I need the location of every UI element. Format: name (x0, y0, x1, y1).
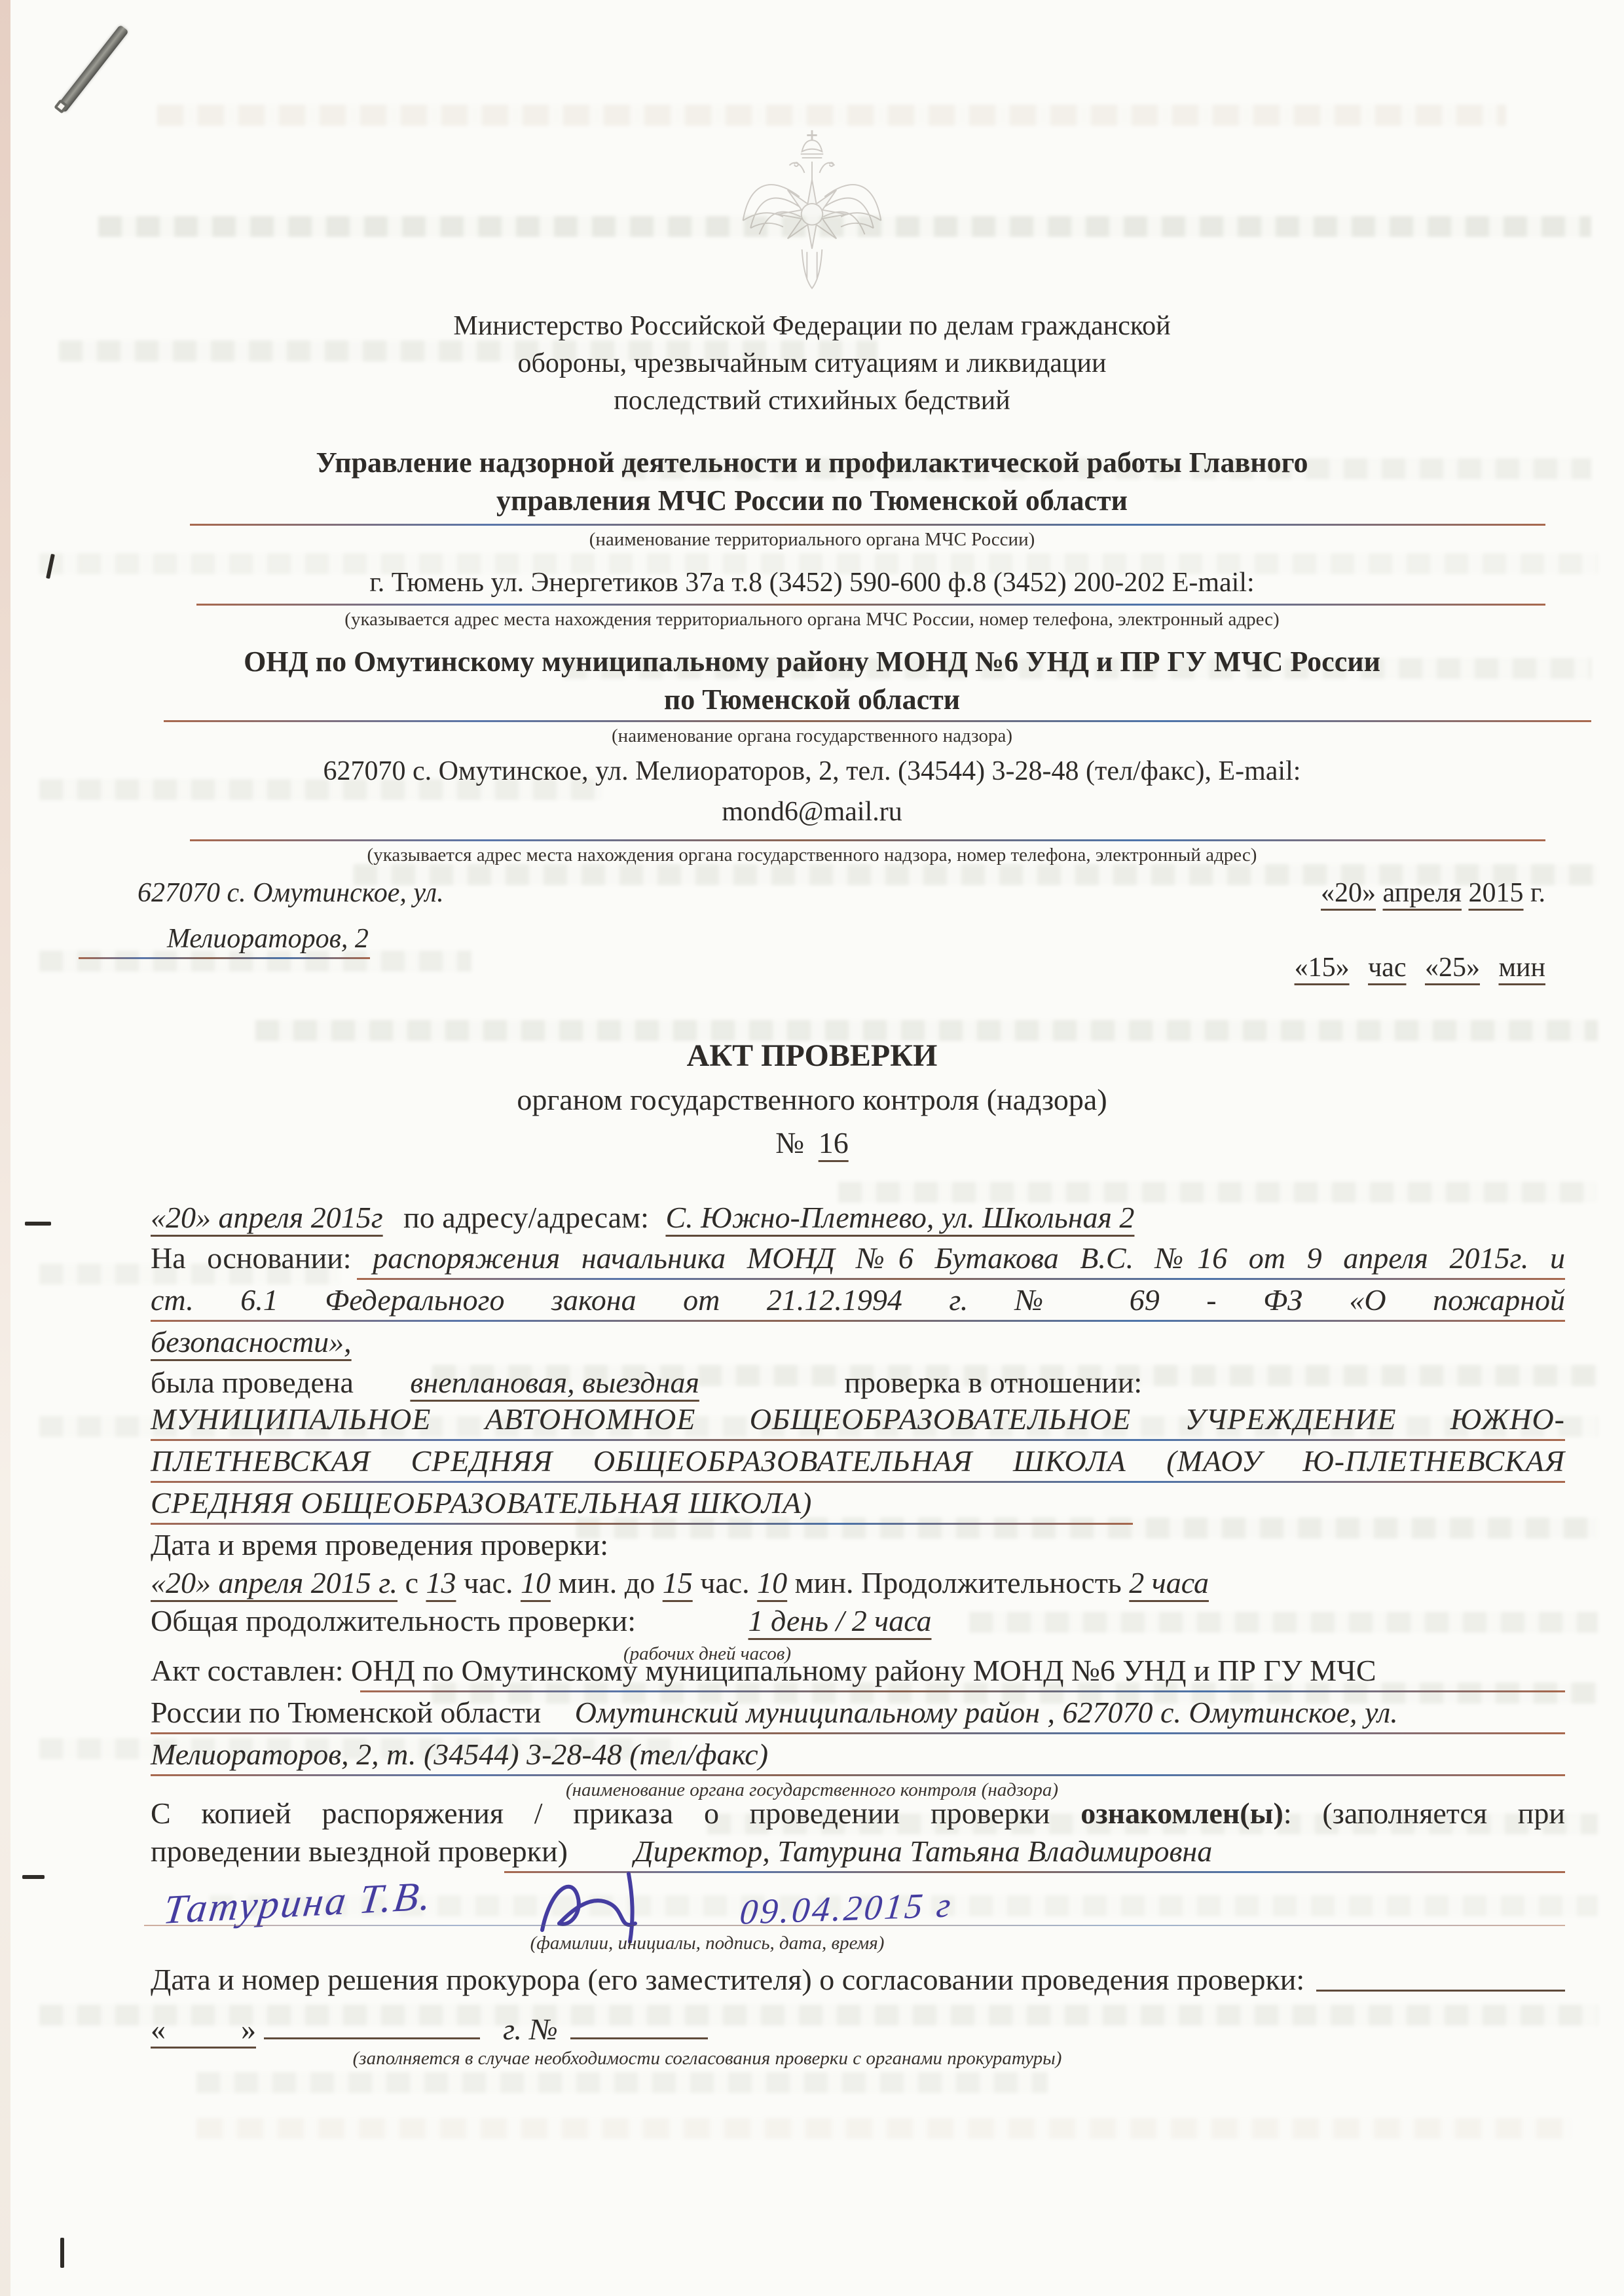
underline-rule (151, 1320, 1565, 1322)
act-title: АКТ ПРОВЕРКИ (115, 1038, 1509, 1074)
ond-title-line: по Тюменской области (115, 681, 1509, 719)
underline-rule (357, 1278, 1565, 1280)
org-name-line: МУНИЦИПАЛЬНОЕ АВТОНОМНОЕ ОБЩЕОБРАЗОВАТЕЛ… (151, 1401, 1565, 1438)
prosecutor-label: Дата и номер решения прокурора (его заме… (151, 1961, 1304, 1998)
prosecutor-number-label: г. № (503, 2013, 558, 2046)
act-date-year: 2015 (1469, 878, 1524, 908)
composed-line-3: Мелиораторов, 2, т. (34544) 3-28-48 (тел… (151, 1736, 1565, 1773)
underline-rule (196, 604, 1545, 606)
underline-rule (151, 1774, 1565, 1776)
underline-rule (151, 1732, 1565, 1734)
conducted-type: внеплановая, выездная (410, 1366, 699, 1399)
ond-address: 627070 с. Омутинское, ул. Мелиораторов, … (115, 754, 1509, 829)
conducted-post: проверка в отношении: (844, 1366, 1142, 1399)
composed-value-italic: Омутинский муниципальному район , 627070… (575, 1696, 1398, 1729)
basis-line-1: На основании: распоряжения начальника МО… (151, 1240, 1565, 1277)
ack-post: : (заполняется при (1283, 1796, 1565, 1830)
org-name-line: ПЛЕТНЕВСКАЯ СРЕДНЯЯ ОБЩЕОБРАЗОВАТЕЛЬНАЯ … (151, 1443, 1565, 1480)
dt-text: с (405, 1566, 418, 1599)
department-title-line: Управление надзорной деятельности и проф… (115, 444, 1509, 482)
dt-min-to: 10 (757, 1566, 787, 1599)
ond-caption: (наименование органа государственного на… (115, 725, 1509, 747)
ack-line2-pre: проведении выездной проверки) (151, 1834, 568, 1868)
prosecutor-line-2: « » г. № (151, 2007, 1565, 2048)
underline-rule (190, 524, 1545, 526)
act-time: «15» час «25» мин (1048, 951, 1545, 985)
dt-duration: 2 часа (1129, 1566, 1209, 1599)
act-date-day: «20» (1321, 878, 1376, 908)
pen-mark (25, 1222, 51, 1226)
underline-rule (151, 1439, 1565, 1441)
dt-text: мин. (795, 1566, 854, 1599)
act-place-line: 627070 с. Омутинское, ул. (138, 876, 596, 910)
act-number-sign: № (775, 1126, 804, 1159)
ond-title: ОНД по Омутинскому муниципальному району… (115, 643, 1509, 719)
act-time-min: «25» (1425, 953, 1480, 983)
dt-text: мин. до (558, 1566, 655, 1599)
ond-address-caption: (указывается адрес места нахождения орга… (115, 845, 1509, 866)
prosecutor-caption: (заполняется в случае необходимости согл… (151, 2048, 1264, 2069)
conducted-pre: была проведена (151, 1366, 354, 1399)
ministry-header: Министерство Российской Федерации по дел… (115, 308, 1509, 420)
department-address-caption: (указывается адрес места нахождения терр… (115, 609, 1509, 630)
duration-label: Общая продолжительность проверки: (151, 1604, 636, 1637)
act-place: 627070 с. Омутинское, ул. Мелиораторов, … (138, 876, 596, 956)
datetime-label: Дата и время проведения проверки: (151, 1527, 1565, 1563)
underline-rule (164, 720, 1591, 722)
underline-rule (79, 957, 370, 959)
blank-underline (1316, 1990, 1565, 1992)
underline-rule (144, 1925, 1565, 1926)
org-name-line: СРЕДНЯЯ ОБЩЕОБРАЗОВАТЕЛЬНАЯ ШКОЛА) (151, 1485, 1565, 1522)
composed-value: России по Тюменской области (151, 1696, 541, 1729)
department-address: г. Тюмень ул. Энергетиков 37а т.8 (3452)… (115, 566, 1509, 600)
basis-line-3: безопасности», (151, 1324, 1565, 1360)
visit-line: «20» апреля 2015г по адресу/адресам: С. … (151, 1199, 1565, 1236)
pen-mark (60, 2238, 64, 2268)
dt-hour-from: 13 (426, 1566, 456, 1599)
basis-value-end: безопасности», (151, 1325, 352, 1358)
dt-text: час. (700, 1566, 749, 1599)
address-label: по адресу/адресам: (403, 1201, 649, 1234)
address-value: С. Южно-Плетнево, ул. Школьная 2 (665, 1201, 1134, 1234)
dt-min-from: 10 (521, 1566, 551, 1599)
pen-mark (22, 1875, 45, 1879)
ack-director-name: Директор, Татурина Татьяна Владимировна (634, 1834, 1212, 1868)
basis-label: На основании: (151, 1241, 352, 1275)
prosecutor-date-quotes: « » (151, 2013, 256, 2046)
duration-line: Общая продолжительность проверки: 1 день… (151, 1603, 1565, 1639)
ack-pre: С копией распоряжения / приказа о провед… (151, 1796, 1050, 1830)
ministry-line: последствий стихийных бедствий (115, 382, 1509, 420)
act-time-hour: «15» (1295, 953, 1350, 983)
dt-text: час. (464, 1566, 513, 1599)
composed-line-1: Акт составлен: ОНД по Омутинскому муници… (151, 1652, 1565, 1689)
act-date-suffix: г. (1530, 878, 1545, 908)
underline-rule (151, 1481, 1565, 1483)
prosecutor-line-1: Дата и номер решения прокурора (его заме… (151, 1961, 1565, 1998)
underline-rule (190, 839, 1545, 841)
underline-rule (151, 1523, 1133, 1525)
composed-label: Акт составлен: (151, 1654, 344, 1687)
act-time-hour-label: час (1368, 953, 1406, 983)
basis-value: распоряжения начальника МОНД №6 Бутакова… (373, 1241, 1565, 1275)
bleedthrough-artifact (196, 2072, 1048, 2093)
act-number-value: 16 (819, 1126, 849, 1159)
scanned-act-page: Министерство Российской Федерации по дел… (0, 0, 1624, 2296)
bleedthrough-artifact (196, 2118, 1572, 2139)
act-date-month: апреля (1383, 878, 1462, 908)
underline-rule (360, 1690, 1565, 1692)
bleedthrough-artifact (157, 105, 1506, 126)
ond-email: mond6@mail.ru (115, 795, 1509, 829)
department-title-line: управления МЧС России по Тюменской облас… (115, 482, 1509, 520)
act-time-min-label: мин (1498, 953, 1545, 983)
signature-caption: (фамилии, инициалы, подпись, дата, время… (151, 1933, 1264, 1954)
blank-underline (570, 2007, 708, 2039)
conducted-line: была проведена внеплановая, выездная про… (151, 1364, 1565, 1401)
basis-line-2: ст. 6.1 Федерального закона от 21.12.199… (151, 1282, 1565, 1319)
duration-value: 1 день / 2 часа (670, 1603, 1246, 1639)
visit-date: «20» апреля 2015г (151, 1201, 383, 1234)
staple-mark (56, 25, 129, 113)
mchs-emblem (737, 124, 887, 298)
ack-line-2: проведении выездной проверки) Директор, … (151, 1833, 1565, 1870)
ministry-line: Министерство Российской Федерации по дел… (115, 308, 1509, 345)
ack-bold: ознакомлен(ы) (1080, 1796, 1283, 1830)
ack-line-1: С копией распоряжения / приказа о провед… (151, 1795, 1565, 1832)
act-number: № 16 (115, 1125, 1509, 1161)
scanner-edge (0, 0, 10, 2296)
act-subtitle: органом государственного контроля (надзо… (115, 1082, 1509, 1118)
datetime-line: «20» апреля 2015 г. с 13 час. 10 мин. до… (151, 1565, 1565, 1601)
act-place-line: Мелиораторов, 2 (138, 922, 596, 956)
dt-hour-to: 15 (663, 1566, 693, 1599)
department-title: Управление надзорной деятельности и проф… (115, 444, 1509, 520)
dt-date: «20» апреля 2015 г. (151, 1566, 397, 1599)
dt-text: Продолжительность (861, 1566, 1122, 1599)
composed-line-2: России по Тюменской области Омутинский м… (151, 1694, 1565, 1731)
act-date: «20» апреля 2015 г. (1048, 876, 1545, 910)
department-caption: (наименование территориального органа МЧ… (115, 529, 1509, 551)
ministry-line: обороны, чрезвычайным ситуациям и ликвид… (115, 345, 1509, 382)
ond-address-line: 627070 с. Омутинское, ул. Мелиораторов, … (115, 754, 1509, 788)
composed-value: ОНД по Омутинскому муниципальному району… (351, 1654, 1376, 1687)
ond-title-line: ОНД по Омутинскому муниципальному району… (115, 643, 1509, 681)
blank-underline (264, 2007, 480, 2039)
